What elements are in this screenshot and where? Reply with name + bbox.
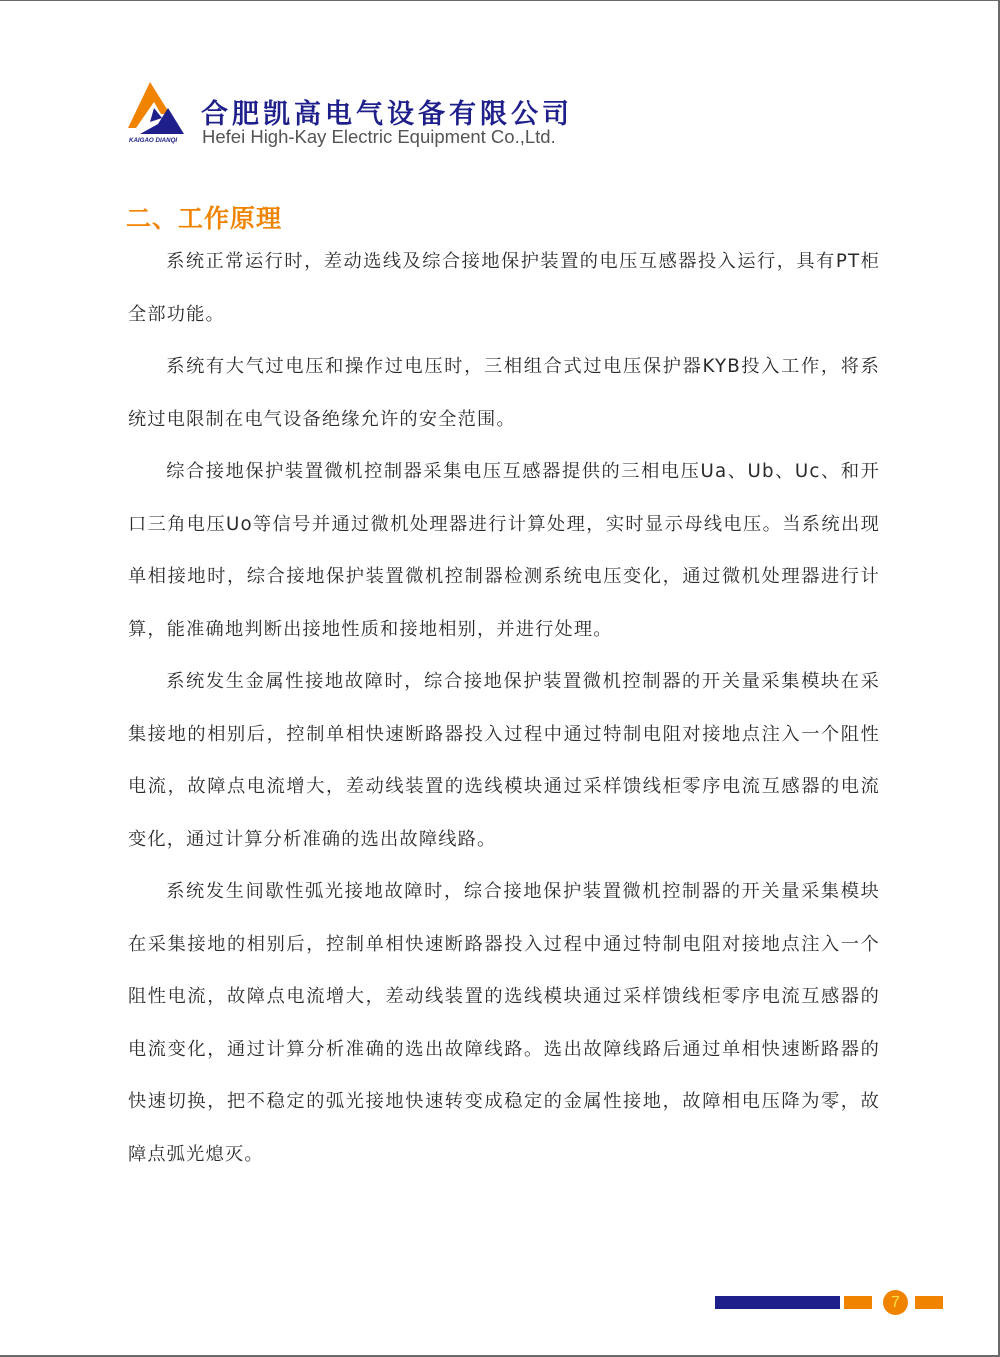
company-name-en: Hefei High-Kay Electric Equipment Co.,Lt… <box>202 126 556 148</box>
logo-text: KAIGAO DIANQI <box>129 137 177 144</box>
section-body: 系统正常运行时，差动选线及综合接地保护装置的电压互感器投入运行，具有PT柜全部功… <box>128 236 880 1181</box>
section-title: 二、工作原理 <box>126 199 282 235</box>
paragraph: 系统正常运行时，差动选线及综合接地保护装置的电压互感器投入运行，具有PT柜全部功… <box>128 236 880 341</box>
footer-orange-bar-left <box>844 1296 872 1309</box>
page-number: 7 <box>883 1290 908 1315</box>
paragraph: 综合接地保护装置微机控制器采集电压互感器提供的三相电压Ua、Ub、Uc、和开口三… <box>128 446 880 656</box>
company-logo-icon: KAIGAO DIANQI <box>128 80 188 144</box>
paragraph: 系统发生金属性接地故障时，综合接地保护装置微机控制器的开关量采集模块在采集接地的… <box>128 656 880 866</box>
paragraph: 系统有大气过电压和操作过电压时，三相组合式过电压保护器KYB投入工作，将系统过电… <box>128 341 880 446</box>
company-header: KAIGAO DIANQI 合肥凯高电气设备有限公司 Hefei High-Ka… <box>128 80 628 150</box>
footer-orange-bar-right <box>915 1296 943 1309</box>
footer-navy-bar <box>715 1296 840 1309</box>
paragraph: 系统发生间歇性弧光接地故障时，综合接地保护装置微机控制器的开关量采集模块在采集接… <box>128 866 880 1181</box>
